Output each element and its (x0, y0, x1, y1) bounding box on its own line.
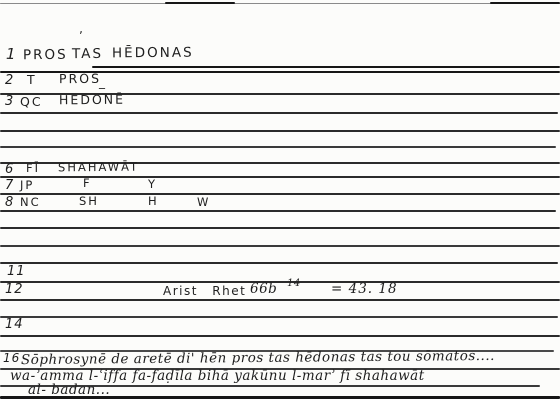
line-number-11: 11 (7, 265, 26, 278)
line-number-7: 7 (5, 179, 14, 192)
greek-quotation: Sōphrosynē de aretē di' hēn pros tas hēd… (21, 350, 495, 368)
line-number-12: 12 (5, 283, 24, 296)
citation-line-superscript: 14 (287, 279, 301, 289)
abbreviation: T (27, 74, 37, 87)
index-card: ʼ 1 PROS TAS HĒDONAS 2 T PROS _ 3 QC HED… (0, 0, 560, 399)
abbreviation: H (148, 196, 159, 208)
abbreviation: NC (20, 197, 41, 209)
line-number-6: 6 (5, 163, 14, 176)
line-number-2: 2 (5, 74, 14, 87)
ruled-line (0, 227, 560, 229)
line-number-3: 3 (5, 95, 14, 108)
ruled-line (0, 210, 556, 212)
ruled-line (0, 262, 558, 264)
headword-greek: PROS (23, 49, 68, 63)
abbreviation: W (197, 197, 210, 209)
line-number-8: 8 (5, 196, 14, 209)
headword-greek: HĒDONAS (112, 47, 194, 61)
entry-word: PROS (59, 73, 101, 86)
citation-reference-number: = 43. 18 (331, 283, 398, 297)
ruled-line (0, 299, 560, 301)
headword-greek: TAS (72, 48, 103, 62)
ruled-line (0, 130, 560, 132)
abbreviation: JP (20, 180, 34, 192)
ruled-line (0, 316, 558, 318)
arabic-word: SHAHAWĀT (58, 162, 139, 174)
stray-ink-mark: ʼ (79, 30, 83, 42)
abbreviation: QC (20, 96, 43, 109)
entry-word: HEDONĒ (59, 94, 125, 107)
ruled-line (0, 3, 560, 4)
abbreviation: SH (79, 196, 99, 208)
line-number-1: 1 (6, 47, 17, 62)
arabic-transliteration-continued: al- badan... (28, 384, 110, 398)
stray-dash: _ (99, 76, 105, 88)
ruled-line (0, 281, 560, 283)
ruled-line (165, 2, 235, 4)
ruled-line (0, 146, 556, 148)
abbreviation: F (83, 178, 92, 190)
ruled-line (490, 2, 560, 4)
ruled-line (0, 245, 560, 247)
ruled-line (92, 66, 560, 68)
ruled-line (0, 335, 560, 337)
line-number-14: 14 (5, 318, 24, 331)
ruled-line (0, 112, 558, 114)
arabic-word: FĪ (26, 163, 40, 175)
citation-author-work: Arist Rhet (163, 285, 246, 297)
line-number-16: 16 (3, 352, 20, 364)
citation-locus: 66b (250, 283, 277, 297)
abbreviation: Y (148, 179, 157, 191)
